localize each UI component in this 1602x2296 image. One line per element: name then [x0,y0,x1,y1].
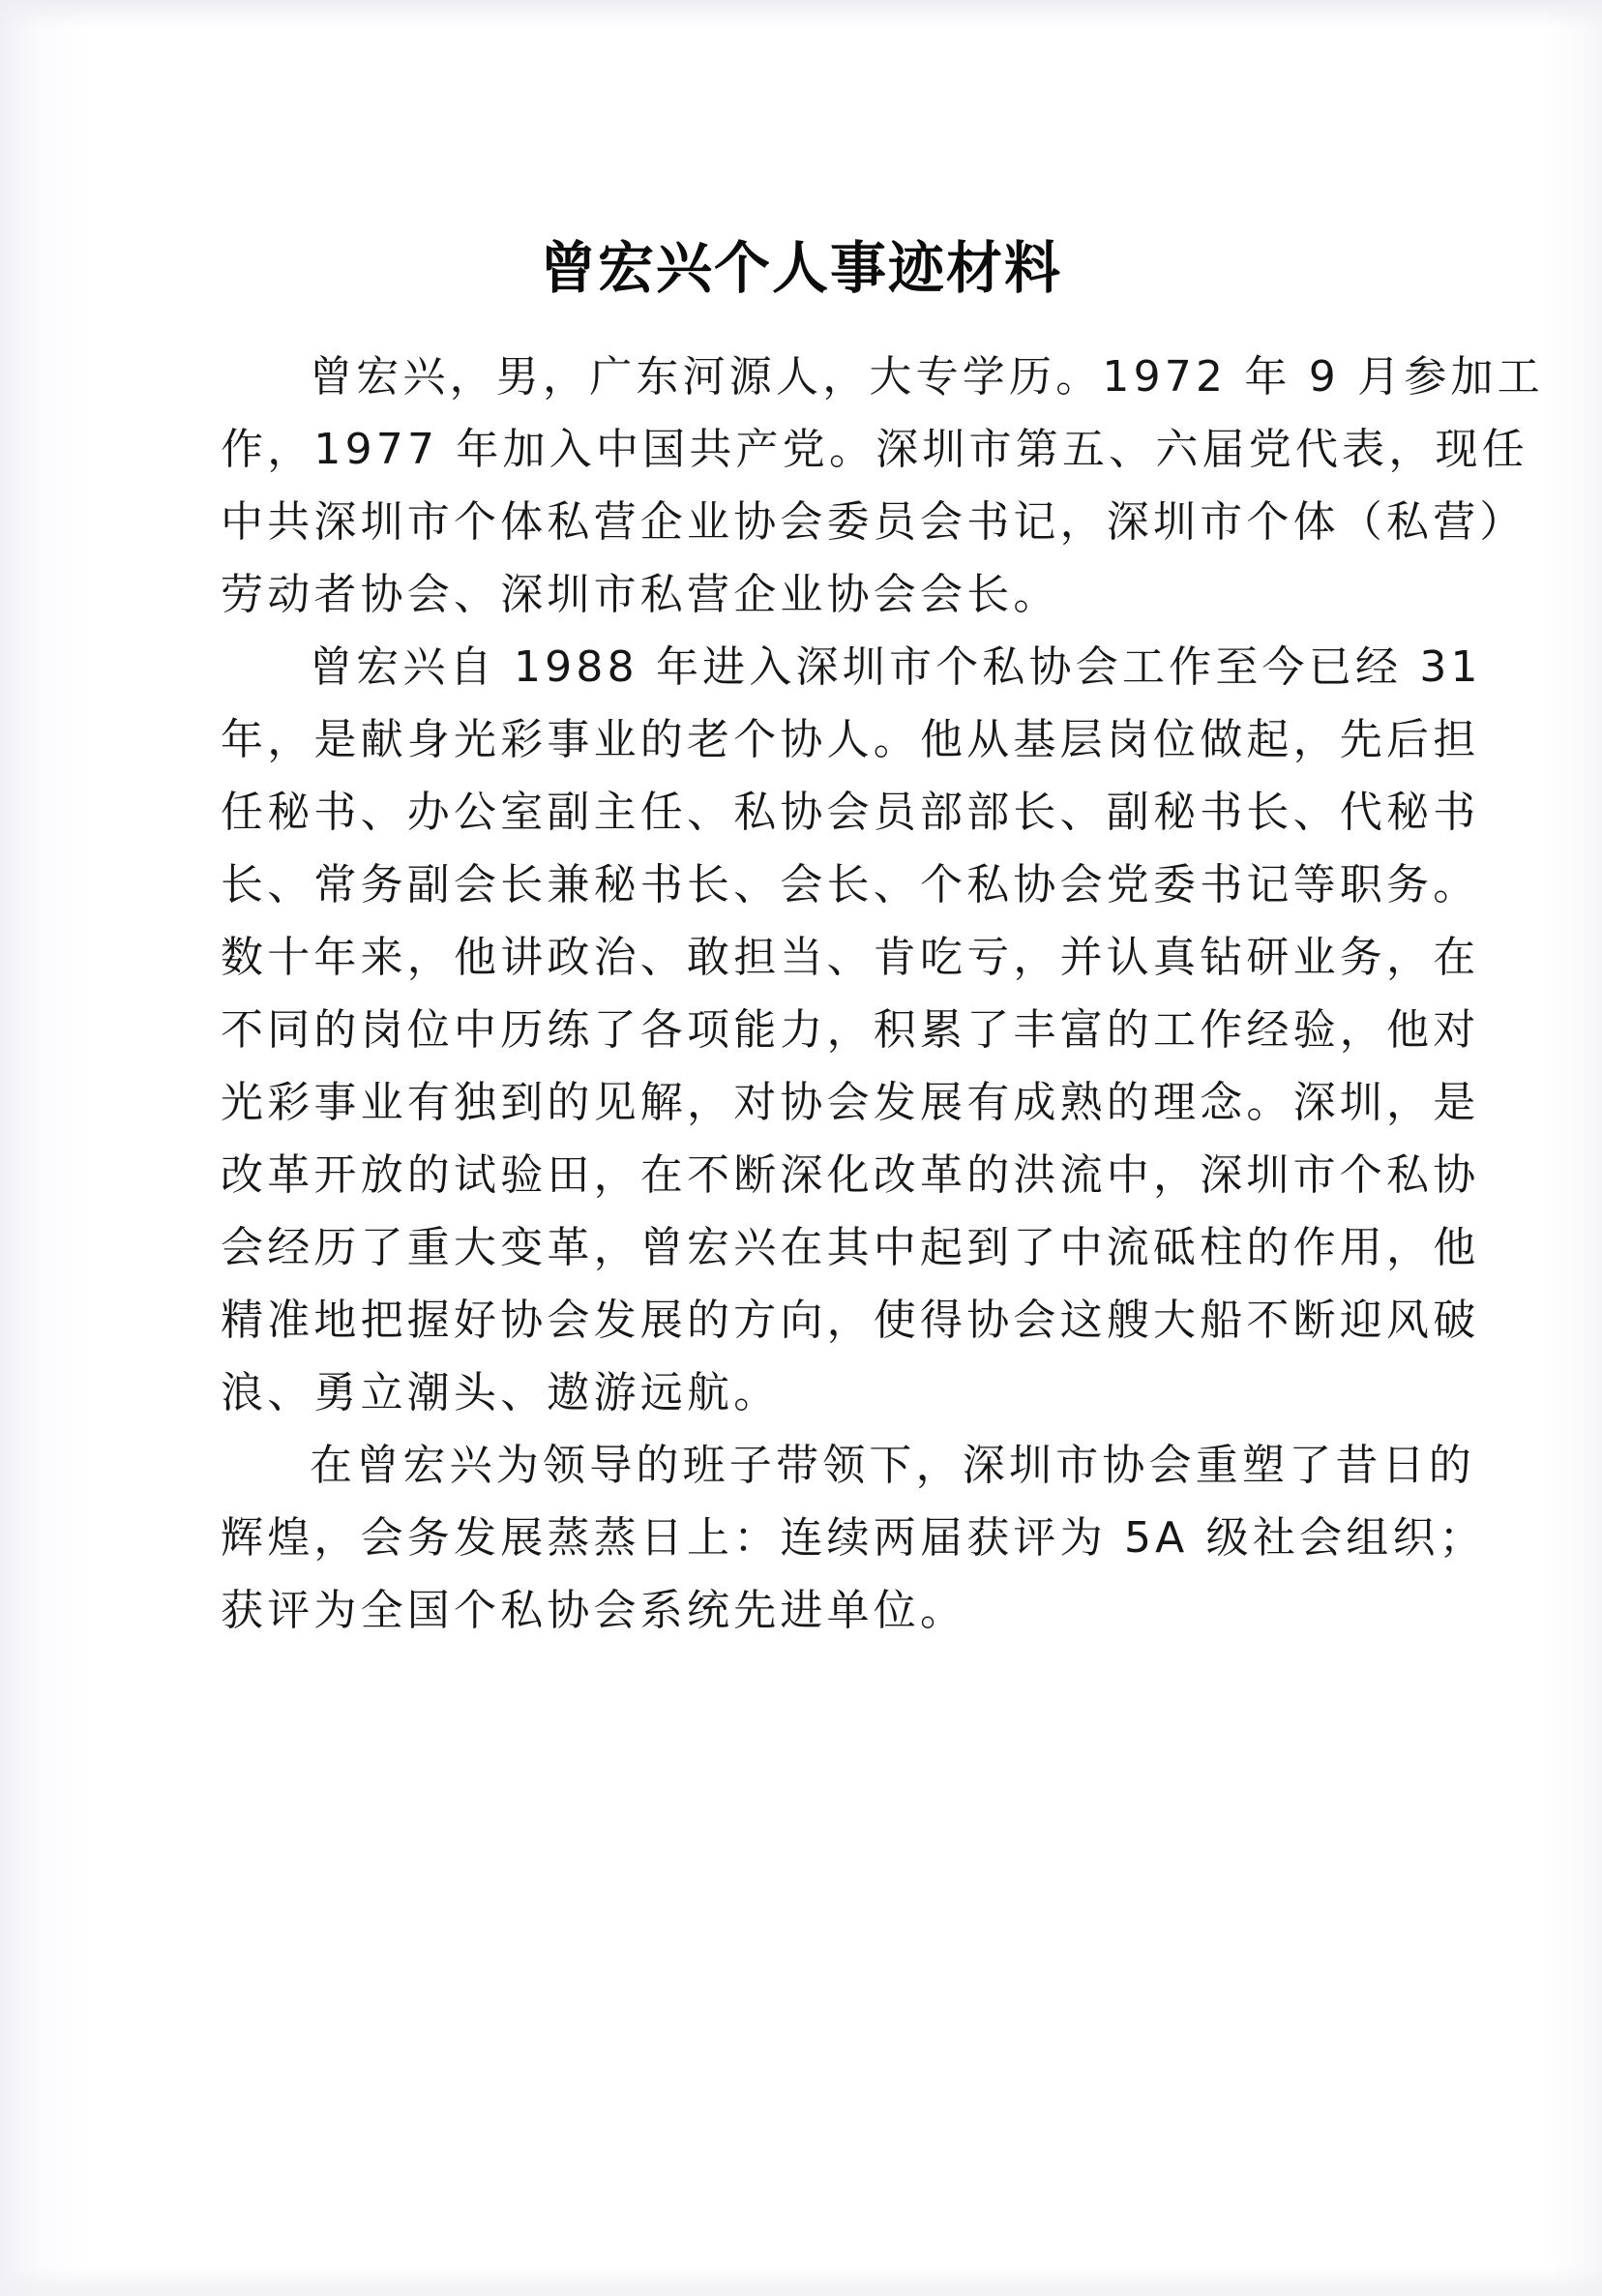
paragraph-biography: 曾宏兴，男，广东河源人，大专学历。1972 年 9 月参加工 作，1977 年加… [221,341,1372,631]
text-line: 会经历了重大变革，曾宏兴在其中起到了中流砥柱的作用，他 [221,1211,1372,1284]
text-line: 作，1977 年加入中国共产党。深圳市第五、六届党代表，现任 [221,413,1372,486]
text-line: 劳动者协会、深圳市私营企业协会会长。 [221,558,1372,631]
scan-edge-top [0,0,1602,29]
scan-edge-bottom [0,2267,1602,2296]
paragraph-achievements: 在曾宏兴为领导的班子带领下，深圳市协会重塑了昔日的 辉煌，会务发展蒸蒸日上：连续… [221,1429,1372,1647]
text-line: 精准地把握好协会发展的方向，使得协会这艘大船不断迎风破 [221,1284,1372,1357]
text-line: 年，是献身光彩事业的老个协人。他从基层岗位做起，先后担 [221,703,1372,776]
document-page: 曾宏兴个人事迹材料 曾宏兴，男，广东河源人，大专学历。1972 年 9 月参加工… [0,0,1602,2296]
text-line: 数十年来，他讲政治、敢担当、肯吃亏，并认真钻研业务，在 [221,921,1372,994]
text-line: 曾宏兴，男，广东河源人，大专学历。1972 年 9 月参加工 [221,341,1372,413]
text-line: 曾宏兴自 1988 年进入深圳市个私协会工作至今已经 31 [221,631,1372,703]
paragraph-career: 曾宏兴自 1988 年进入深圳市个私协会工作至今已经 31 年，是献身光彩事业的… [221,631,1372,1429]
text-line: 光彩事业有独到的见解，对协会发展有成熟的理念。深圳，是 [221,1066,1372,1139]
text-line: 改革开放的试验田，在不断深化改革的洪流中，深圳市个私协 [221,1139,1372,1211]
text-line: 在曾宏兴为领导的班子带领下，深圳市协会重塑了昔日的 [221,1429,1372,1502]
text-line: 中共深圳市个体私营企业协会委员会书记，深圳市个体（私营） [221,486,1372,558]
document-body: 曾宏兴，男，广东河源人，大专学历。1972 年 9 月参加工 作，1977 年加… [221,341,1372,1647]
text-line: 浪、勇立潮头、遨游远航。 [221,1357,1372,1429]
text-line: 获评为全国个私协会系统先进单位。 [221,1574,1372,1647]
text-line: 辉煌，会务发展蒸蒸日上：连续两届获评为 5A 级社会组织； [221,1502,1372,1574]
text-line: 任秘书、办公室副主任、私协会员部部长、副秘书长、代秘书 [221,776,1372,849]
text-line: 长、常务副会长兼秘书长、会长、个私协会党委书记等职务。 [221,849,1372,921]
text-line: 不同的岗位中历练了各项能力，积累了丰富的工作经验，他对 [221,994,1372,1066]
document-title: 曾宏兴个人事迹材料 [0,229,1602,307]
